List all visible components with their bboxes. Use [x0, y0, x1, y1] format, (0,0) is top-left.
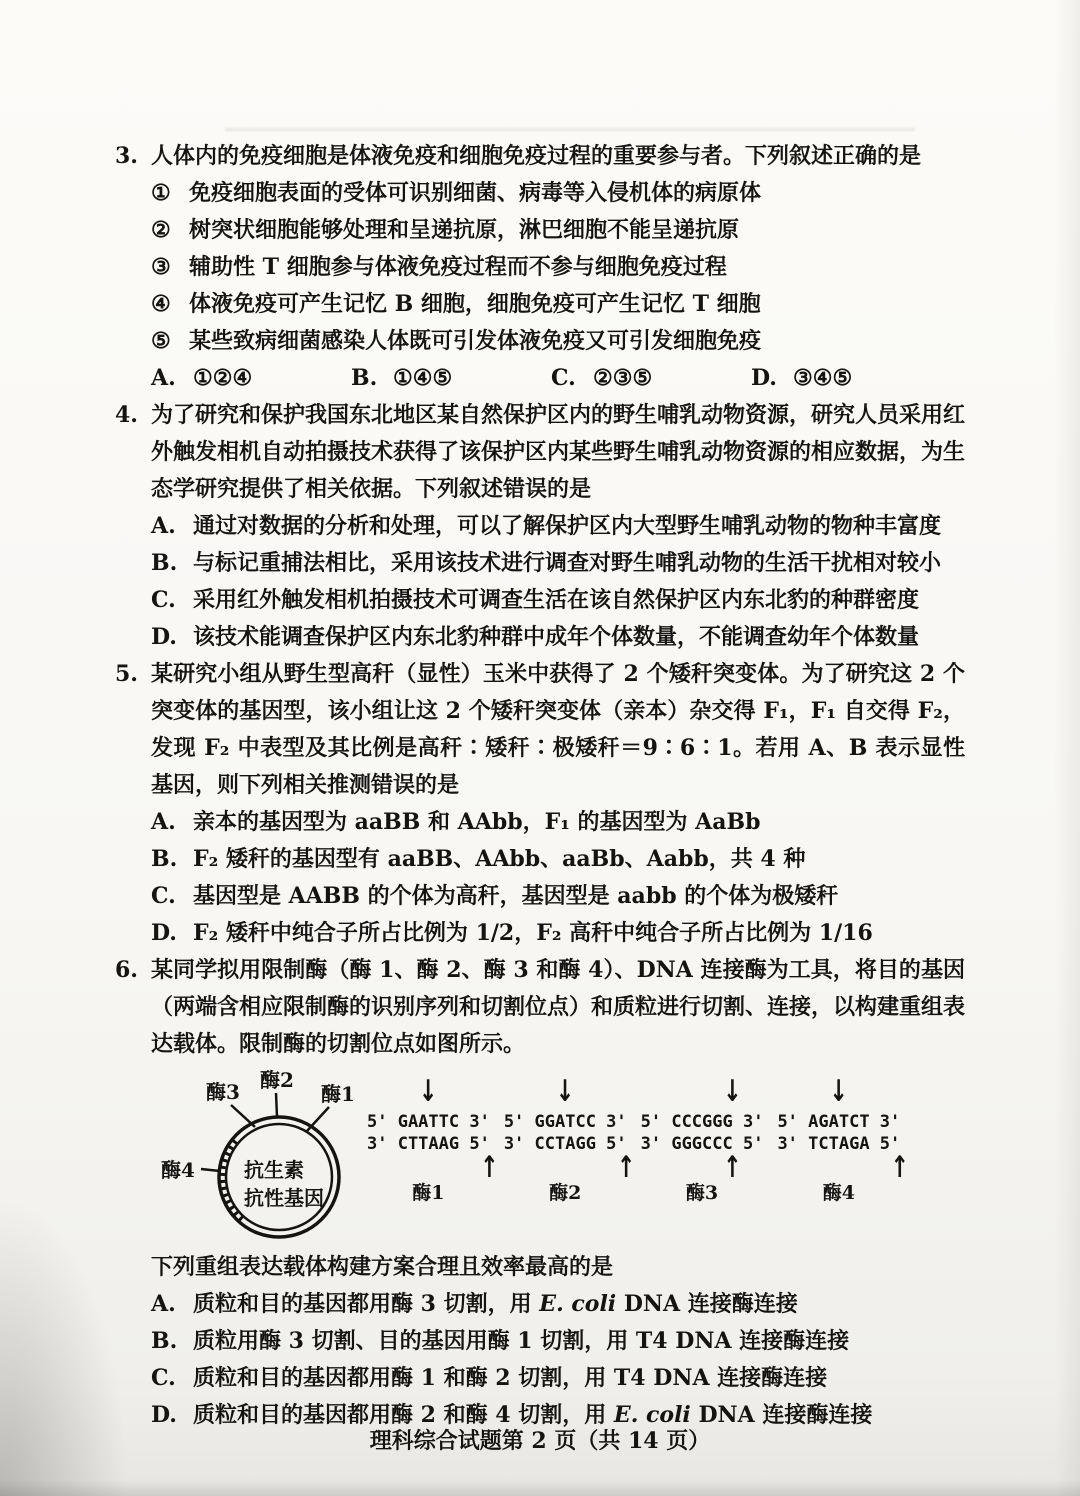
choice-text: 质粒用酶 3 切割、目的基因用酶 1 切割，用 T4 DNA 连接酶连接 [193, 1323, 965, 1360]
choice-label: A. [151, 508, 193, 545]
choice-c: C. 采用红外触发相机拍摄技术可调查生活在该自然保护区内东北豹的种群密度 [151, 582, 965, 619]
dna-bottom-strand: 3' CCTAGG 5' [504, 1133, 627, 1155]
gene-label-line1: 抗生素 [244, 1158, 304, 1182]
choice-label: B. [151, 1323, 193, 1360]
choice-label: D. [151, 915, 193, 952]
choice-label: B. [151, 841, 193, 878]
leader-e3 [231, 1105, 255, 1127]
choice-text: 采用红外触发相机拍摄技术可调查生活在该自然保护区内东北豹的种群密度 [193, 582, 965, 619]
choice-c: C. 质粒和目的基因都用酶 1 和酶 2 切割，用 T4 DNA 连接酶连接 [151, 1360, 965, 1397]
cut-arrow-up-icon: ↑ [617, 1154, 635, 1184]
choice-label: A. [151, 360, 193, 397]
choice-text: ①④⑤ [393, 360, 452, 397]
item-marker: ② [151, 212, 189, 249]
choice-d: D. ③④⑤ [751, 360, 951, 397]
cut-arrow-down-icon: ↓ [829, 1078, 847, 1108]
dna-top-strand: 5' GGATCC 3' [504, 1111, 627, 1133]
choice-text: ③④⑤ [793, 360, 852, 397]
enzyme-4-cut-site: ↓ 5' AGATCT 3' 3' TCTAGA 5' ↑ 酶4 [777, 1085, 900, 1204]
page-content: 3. 人体内的免疫细胞是体液免疫和细胞免疫过程的重要参与者。下列叙述正确的是 ①… [115, 138, 965, 1434]
statement-item: ⑤ 某些致病细菌感染人体既可引发体液免疫又可引发细胞免疫 [151, 323, 965, 360]
choice-text: ①②④ [193, 360, 252, 397]
site-label-e3: 酶3 [206, 1080, 240, 1104]
dna-top-strand: 5' GAATTC 3' [367, 1111, 490, 1133]
choice-text-pre: 质粒用酶 3 切割、目的基因用酶 1 切割，用 T4 DNA 连接酶连接 [193, 1328, 849, 1354]
choice-text-pre: 质粒和目的基因都用酶 1 和酶 2 切割，用 T4 DNA 连接酶连接 [193, 1365, 827, 1391]
question-5: 5. 某研究小组从野生型高秆（显性）玉米中获得了 2 个矮秆突变体。为了研究这 … [115, 656, 965, 952]
restriction-enzyme-diagram: 酶3 酶2 酶1 酶4 抗生素 抗性基因 ↓ 5' GAATTC 3' 3' C… [151, 1065, 965, 1249]
choice-text: 通过对数据的分析和处理，可以了解保护区内大型野生哺乳动物的物种丰富度 [193, 508, 965, 545]
item-marker: ⑤ [151, 323, 189, 360]
choice-a: A. ①②④ [151, 360, 351, 397]
enzyme-name: 酶3 [641, 1182, 764, 1204]
scan-shadow [0, 1480, 1080, 1496]
choice-text: F₂ 矮秆中纯合子所占比例为 1/2，F₂ 高秆中纯合子所占比例为 1/16 [193, 915, 965, 952]
question-3: 3. 人体内的免疫细胞是体液免疫和细胞免疫过程的重要参与者。下列叙述正确的是 ①… [115, 138, 965, 397]
choice-text: F₂ 矮秆的基因型有 aaBB、AAbb、aaBb、Aabb，共 4 种 [193, 841, 965, 878]
choice-label: C. [151, 1360, 193, 1397]
statement-item: ② 树突状细胞能够处理和呈递抗原，淋巴细胞不能呈递抗原 [151, 212, 965, 249]
item-text: 辅助性 T 细胞参与体液免疫过程而不参与细胞免疫过程 [189, 249, 965, 286]
scan-artifact [225, 128, 915, 131]
resistance-gene-arc [223, 1141, 245, 1222]
choice-label: A. [151, 1286, 193, 1323]
choice-label: C. [151, 878, 193, 915]
enzyme-3-cut-site: ↓ 5' CCCGGG 3' 3' GGGCCC 5' ↑ 酶3 [641, 1085, 764, 1204]
enzyme-name: 酶2 [504, 1182, 627, 1204]
question-6: 6. 某同学拟用限制酶（酶 1、酶 2、酶 3 和酶 4）、DNA 连接酶为工具… [115, 952, 965, 1434]
choice-text: 基因型是 AABB 的个体为高秆，基因型是 aabb 的个体为极矮秆 [193, 878, 965, 915]
question-stem: 为了研究和保护我国东北地区某自然保护区内的野生哺乳动物资源，研究人员采用红外触发… [151, 397, 965, 508]
question-stem: 某研究小组从野生型高秆（显性）玉米中获得了 2 个矮秆突变体。为了研究这 2 个… [151, 656, 965, 804]
enzyme-name: 酶4 [777, 1182, 900, 1204]
choice-text: 亲本的基因型为 aaBB 和 AAbb，F₁ 的基因型为 AaBb [193, 804, 965, 841]
plasmid-diagram: 酶3 酶2 酶1 酶4 抗生素 抗性基因 [161, 1065, 383, 1249]
choice-text: 质粒和目的基因都用酶 1 和酶 2 切割，用 T4 DNA 连接酶连接 [193, 1360, 965, 1397]
enzyme-1-cut-site: ↓ 5' GAATTC 3' 3' CTTAAG 5' ↑ 酶1 [367, 1085, 490, 1204]
question-lead: 下列重组表达载体构建方案合理且效率最高的是 [151, 1249, 965, 1286]
choice-c: C. ②③⑤ [551, 360, 751, 397]
choice-text: 该技术能调查保护区内东北豹种群中成年个体数量，不能调查幼年个体数量 [193, 619, 965, 656]
statement-item: ④ 体液免疫可产生记忆 B 细胞，细胞免疫可产生记忆 T 细胞 [151, 286, 965, 323]
choice-a: A. 亲本的基因型为 aaBB 和 AAbb，F₁ 的基因型为 AaBb [151, 804, 965, 841]
site-label-e2: 酶2 [260, 1068, 294, 1092]
enzyme-name: 酶1 [367, 1182, 490, 1204]
item-marker: ① [151, 175, 189, 212]
cut-arrow-down-icon: ↓ [723, 1078, 741, 1108]
dna-bottom-strand: 3' CTTAAG 5' [367, 1133, 490, 1155]
cut-arrow-down-icon: ↓ [556, 1078, 574, 1108]
choice-text-post: DNA 连接酶连接 [616, 1291, 798, 1317]
dna-bottom-strand: 3' GGGCCC 5' [641, 1133, 764, 1155]
page-footer: 理科综合试题第 2 页（共 14 页） [0, 1423, 1080, 1460]
choice-a: A. 通过对数据的分析和处理，可以了解保护区内大型野生哺乳动物的物种丰富度 [151, 508, 965, 545]
item-text: 免疫细胞表面的受体可识别细菌、病毒等入侵机体的病原体 [189, 175, 965, 212]
exam-page: 3. 人体内的免疫细胞是体液免疫和细胞免疫过程的重要参与者。下列叙述正确的是 ①… [0, 0, 1080, 1496]
question-body: 某同学拟用限制酶（酶 1、酶 2、酶 3 和酶 4）、DNA 连接酶为工具，将目… [151, 952, 965, 1434]
choice-text: 质粒和目的基因都用酶 3 切割，用 E. coli DNA 连接酶连接 [193, 1286, 965, 1323]
choice-d: D. 该技术能调查保护区内东北豹种群中成年个体数量，不能调查幼年个体数量 [151, 619, 965, 656]
item-text: 体液免疫可产生记忆 B 细胞，细胞免疫可产生记忆 T 细胞 [189, 286, 965, 323]
question-stem: 人体内的免疫细胞是体液免疫和细胞免疫过程的重要参与者。下列叙述正确的是 [151, 138, 965, 175]
leader-e1 [307, 1107, 329, 1131]
question-number: 4. [115, 397, 151, 434]
dna-top-strand: 5' AGATCT 3' [777, 1111, 900, 1133]
item-text: 某些致病细菌感染人体既可引发体液免疫又可引发细胞免疫 [189, 323, 965, 360]
question-number: 5. [115, 656, 151, 693]
choice-label: C. [551, 360, 593, 397]
leader-e2 [276, 1093, 277, 1117]
cut-arrow-up-icon: ↑ [891, 1154, 909, 1184]
item-marker: ③ [151, 249, 189, 286]
question-body: 某研究小组从野生型高秆（显性）玉米中获得了 2 个矮秆突变体。为了研究这 2 个… [151, 656, 965, 952]
choice-label: A. [151, 804, 193, 841]
item-text: 树突状细胞能够处理和呈递抗原，淋巴细胞不能呈递抗原 [189, 212, 965, 249]
choices-row: A. ①②④ B. ①④⑤ C. ②③⑤ D. ③④⑤ [151, 360, 965, 397]
question-number: 6. [115, 952, 151, 989]
question-body: 人体内的免疫细胞是体液免疫和细胞免疫过程的重要参与者。下列叙述正确的是 ① 免疫… [151, 138, 965, 397]
choice-label: D. [151, 619, 193, 656]
question-body: 为了研究和保护我国东北地区某自然保护区内的野生哺乳动物资源，研究人员采用红外触发… [151, 397, 965, 656]
choice-d: D. F₂ 矮秆中纯合子所占比例为 1/2，F₂ 高秆中纯合子所占比例为 1/1… [151, 915, 965, 952]
cut-arrow-down-icon: ↓ [419, 1078, 437, 1108]
dna-bottom-strand: 3' TCTAGA 5' [777, 1133, 900, 1155]
dna-top-strand: 5' CCCGGG 3' [641, 1111, 764, 1133]
cut-arrow-up-icon: ↑ [480, 1154, 498, 1184]
cut-arrow-up-icon: ↑ [723, 1154, 741, 1184]
site-label-e1: 酶1 [321, 1082, 355, 1106]
choice-text: ②③⑤ [593, 360, 652, 397]
choice-b: B. 质粒用酶 3 切割、目的基因用酶 1 切割，用 T4 DNA 连接酶连接 [151, 1323, 965, 1360]
choice-b: B. 与标记重捕法相比，采用该技术进行调查对野生哺乳动物的生活干扰相对较小 [151, 545, 965, 582]
scan-shadow [1054, 0, 1080, 1496]
site-label-e4: 酶4 [161, 1158, 195, 1182]
choice-c: C. 基因型是 AABB 的个体为高秆，基因型是 aabb 的个体为极矮秆 [151, 878, 965, 915]
species-name: E. coli [539, 1291, 616, 1317]
question-4: 4. 为了研究和保护我国东北地区某自然保护区内的野生哺乳动物资源，研究人员采用红… [115, 397, 965, 656]
choice-b: B. ①④⑤ [351, 360, 551, 397]
question-number: 3. [115, 138, 151, 175]
item-marker: ④ [151, 286, 189, 323]
choice-a: A. 质粒和目的基因都用酶 3 切割，用 E. coli DNA 连接酶连接 [151, 1286, 965, 1323]
choice-label: D. [751, 360, 793, 397]
question-stem: 某同学拟用限制酶（酶 1、酶 2、酶 3 和酶 4）、DNA 连接酶为工具，将目… [151, 952, 965, 1063]
statement-item: ③ 辅助性 T 细胞参与体液免疫过程而不参与细胞免疫过程 [151, 249, 965, 286]
choice-b: B. F₂ 矮秆的基因型有 aaBB、AAbb、aaBb、Aabb，共 4 种 [151, 841, 965, 878]
scan-shadow [0, 1196, 130, 1496]
choice-text-pre: 质粒和目的基因都用酶 3 切割，用 [193, 1291, 539, 1317]
enzyme-2-cut-site: ↓ 5' GGATCC 3' 3' CCTAGG 5' ↑ 酶2 [504, 1085, 627, 1204]
gene-label-line2: 抗性基因 [244, 1186, 324, 1210]
statement-item: ① 免疫细胞表面的受体可识别细菌、病毒等入侵机体的病原体 [151, 175, 965, 212]
choice-text: 与标记重捕法相比，采用该技术进行调查对野生哺乳动物的生活干扰相对较小 [193, 545, 965, 582]
enzyme-sequence-row: ↓ 5' GAATTC 3' 3' CTTAAG 5' ↑ 酶1 ↓ 5' GG… [367, 1085, 900, 1204]
choice-label: B. [151, 545, 193, 582]
leader-e4 [201, 1169, 220, 1171]
choice-label: B. [351, 360, 393, 397]
choice-label: C. [151, 582, 193, 619]
